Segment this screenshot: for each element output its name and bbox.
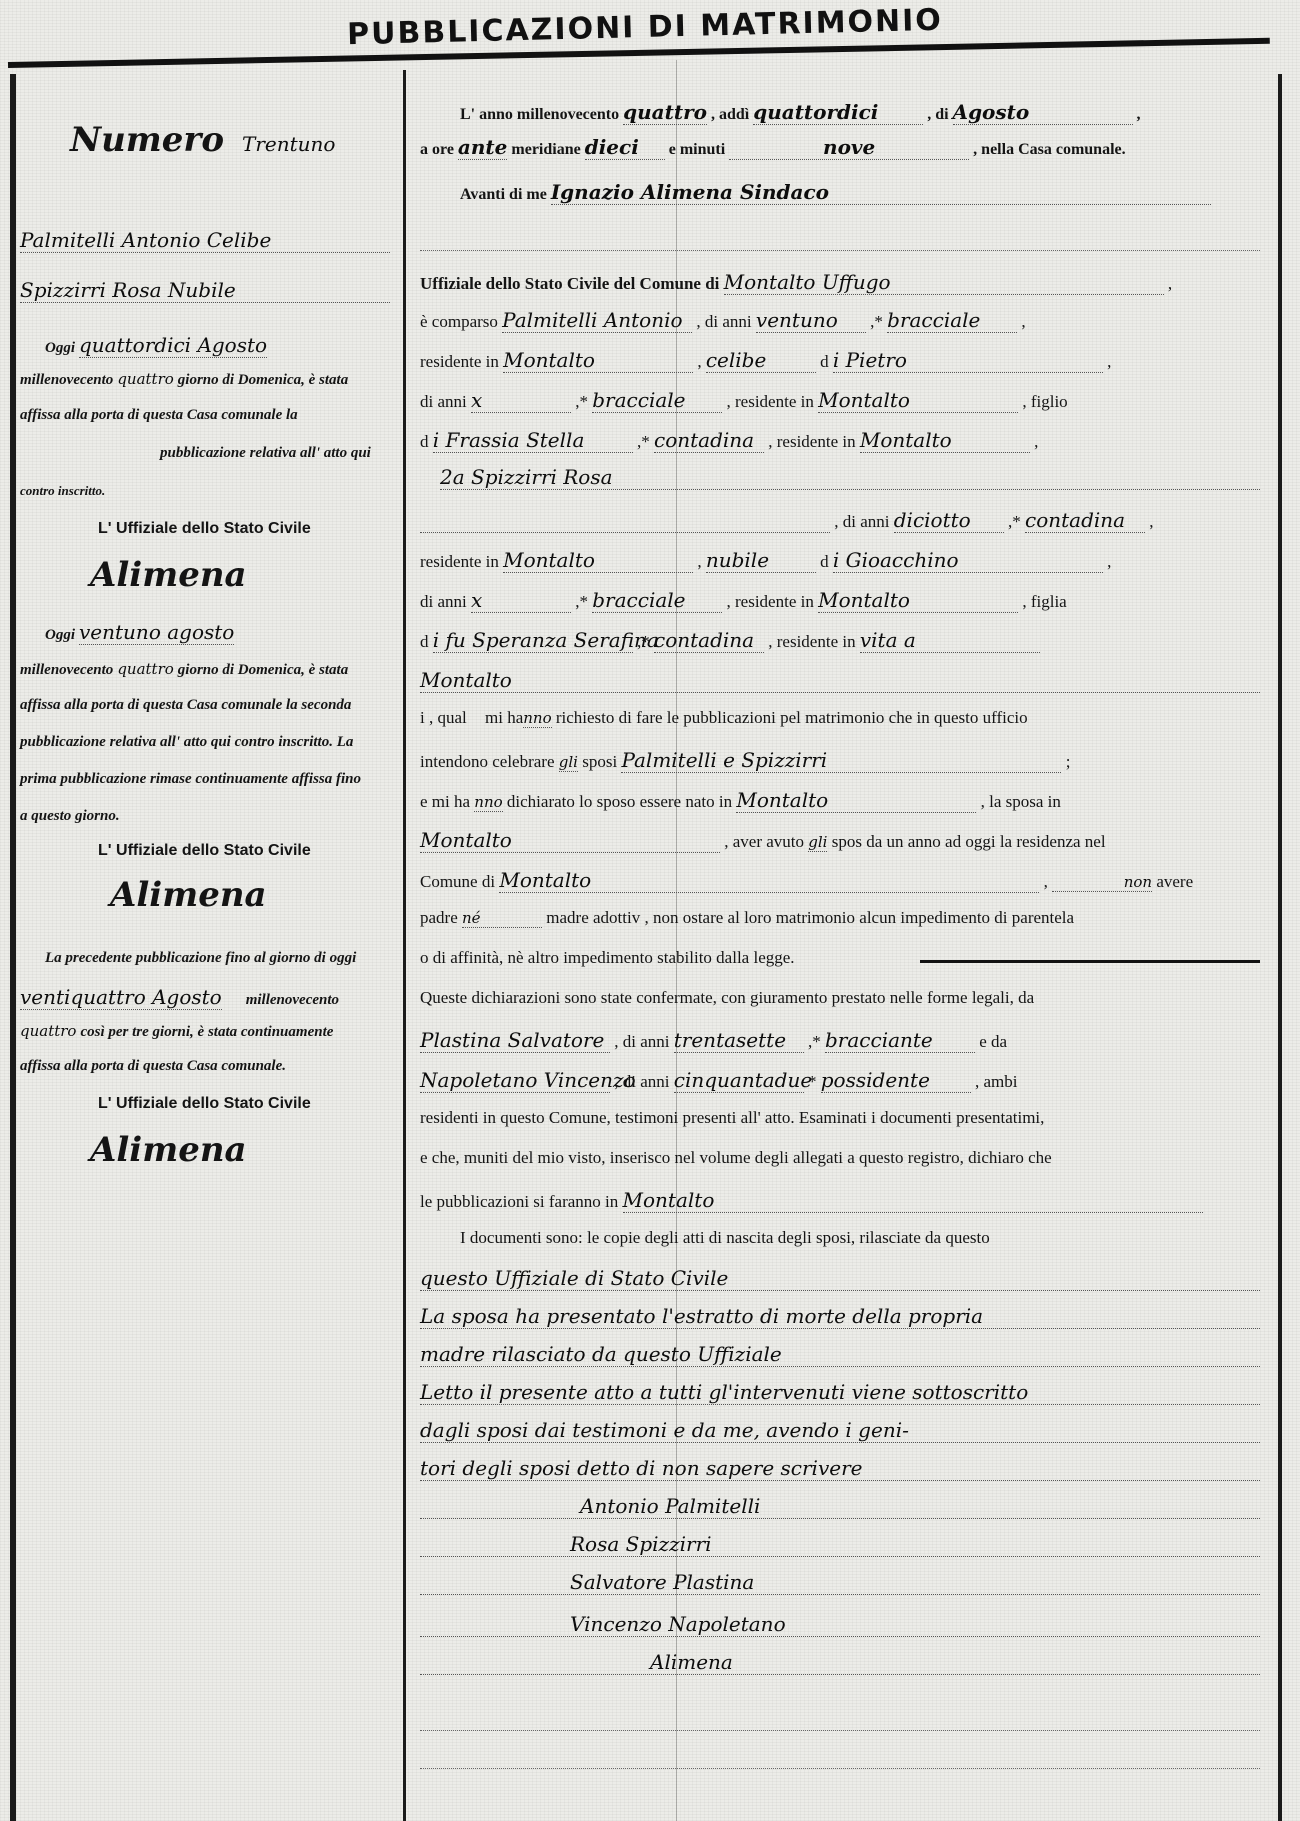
text: affissa alla porta di questa Casa comuna… (20, 697, 351, 714)
text: residente in (420, 552, 499, 571)
text: , residente in (727, 392, 814, 411)
text: d (420, 632, 429, 651)
mother-residence-field: Montalto (860, 428, 1030, 453)
residence-continued: Montalto (420, 668, 1260, 693)
gli-field: gli (808, 833, 827, 852)
text: mi ha (485, 708, 523, 727)
suffix-field: nno (474, 793, 502, 812)
text: da un anno ad oggi la residenza nel (866, 832, 1105, 851)
text: , addì (711, 106, 749, 123)
text: millenovecento (20, 372, 113, 388)
signature-bride: Rosa Spizzirri (420, 1532, 1260, 1557)
residence-comune-field: Montalto (499, 868, 1039, 893)
text: avere (1156, 872, 1193, 891)
padre-field: né (462, 909, 542, 928)
closing-year: quattro (20, 1022, 76, 1040)
handwritten-note: madre rilasciato da questo Uffiziale (420, 1342, 1260, 1367)
text: , ambi (975, 1072, 1018, 1091)
ante-field: ante (458, 135, 507, 160)
handwritten-note: tori degli sposi detto di non sapere scr… (420, 1456, 1260, 1481)
bride-mother-field: i fu Speranza Serafina (433, 628, 633, 653)
text: madre adottiv (546, 908, 640, 927)
text: , (697, 352, 701, 371)
text: contro inscritto. (20, 483, 105, 499)
month-field: Agosto (953, 100, 1133, 125)
second-pub-date: ventuno agosto (79, 620, 234, 645)
text: , di anni (834, 512, 889, 531)
numero-label: Numero (70, 120, 224, 160)
text: le pubblicazioni si faranno in (420, 1192, 618, 1211)
groom-mother-field: i Frassia Stella (433, 428, 633, 453)
text: , (1044, 872, 1048, 891)
groom-entry: Palmitelli Antonio Celibe (20, 228, 390, 253)
text: , (1107, 352, 1111, 371)
text: ,* (575, 392, 588, 411)
groom-name-field: Palmitelli Antonio (502, 308, 692, 333)
closing-date: ventiquattro Agosto (20, 985, 222, 1010)
text: I documenti sono: le copie degli atti di… (460, 1228, 990, 1248)
blank-line (420, 1730, 1260, 1731)
bride-father-job-field: bracciale (592, 588, 722, 613)
text: di anni (420, 592, 467, 611)
first-pub-date: quattordici Agosto (79, 333, 267, 358)
bride-status-field: nubile (706, 548, 816, 573)
text: ,* (575, 592, 588, 611)
document-page: PUBBLICAZIONI DI MATRIMONIO Numero Trent… (0, 0, 1300, 1821)
text: , (1034, 432, 1038, 451)
text: dichiarato lo sposo essere nato in (507, 792, 732, 811)
bride-entry: Spizzirri Rosa Nubile (20, 278, 390, 303)
signature-groom: Antonio Palmitelli (420, 1494, 1260, 1519)
minutes-field: nove (729, 135, 969, 160)
father-residence-field: Montalto (818, 388, 1018, 413)
text: , di anni (614, 1072, 669, 1091)
year-field: quattro (623, 100, 707, 125)
text: , (1107, 552, 1111, 571)
text: padre (420, 908, 458, 927)
bride-mother-job-field: contadina (654, 628, 764, 653)
text: , (697, 552, 701, 571)
text: affissa alla porta di questa Casa comuna… (20, 407, 298, 424)
text: ,* (870, 312, 883, 331)
bride-name-field: 2a Spizzirri Rosa (440, 465, 1260, 490)
text: , non ostare al loro matrimonio alcun im… (644, 908, 1074, 927)
text: , residente in (768, 432, 855, 451)
suffix-field: nno (523, 709, 551, 728)
father-age-field: x (471, 388, 571, 413)
officer-signature: Alimena (90, 1130, 247, 1170)
groom-job-field: bracciale (887, 308, 1017, 333)
text: intendono celebrare (420, 752, 555, 771)
comune-field: Montalto Uffugo (724, 270, 1164, 295)
text: così per tre giorni, è stata continuamen… (80, 1024, 333, 1040)
text: La precedente pubblicazione fino al gior… (45, 950, 356, 967)
text: spos (832, 832, 862, 851)
text: , (1149, 512, 1153, 531)
second-pub-year: quattro (117, 660, 173, 678)
text: meridiane (511, 141, 580, 158)
witness1-name-field: Plastina Salvatore (420, 1028, 610, 1053)
text: affissa alla porta di questa Casa comuna… (20, 1058, 286, 1075)
text: di anni (420, 392, 467, 411)
text: Comune di (420, 872, 495, 891)
text: ,* (808, 1032, 821, 1051)
signature-officer: Alimena (420, 1650, 1260, 1675)
handwritten-note: questo Uffiziale di Stato Civile (420, 1266, 1260, 1291)
gli-field: gli (559, 753, 578, 772)
text: ; (1066, 752, 1071, 771)
text: , di anni (696, 312, 751, 331)
signature-witness2: Vincenzo Napoletano (420, 1612, 1260, 1637)
text: ,* (637, 432, 650, 451)
hour-field: dieci (585, 135, 665, 160)
witness2-name-field: Napoletano Vincenzo (420, 1068, 610, 1093)
handwritten-note: dagli sposi dai testimoni e da me, avend… (420, 1418, 1260, 1443)
bride-father-residence-field: Montalto (818, 588, 1018, 613)
text: * (808, 1072, 817, 1091)
text: è comparso (420, 312, 498, 331)
text: a ore (420, 141, 454, 158)
bride-mother-residence-field: vita a (860, 628, 1040, 653)
officer-signature: Alimena (90, 555, 247, 595)
text: d (420, 432, 429, 451)
officer-label: L' Uffiziale dello Stato Civile (98, 842, 311, 860)
text: , figlia (1022, 592, 1066, 611)
text: e mi ha (420, 792, 470, 811)
text: giorno di Domenica, è stata (178, 372, 348, 388)
end-rule (920, 960, 1260, 963)
text: d (820, 352, 829, 371)
day-field: quattordici (753, 100, 923, 125)
groom-father-field: i Pietro (833, 348, 1103, 373)
groom-residence-field: Montalto (503, 348, 693, 373)
text: Uffiziale dello Stato Civile del Comune … (420, 274, 719, 293)
groom-age-field: ventuno (756, 308, 866, 333)
witness1-age-field: trentasette (674, 1028, 804, 1053)
witness1-job-field: bracciante (825, 1028, 975, 1053)
text: millenovecento (246, 992, 339, 1008)
text: e che, muniti del mio visto, inserisco n… (420, 1148, 1052, 1168)
text: e da (979, 1032, 1007, 1051)
text: residenti in questo Comune, testimoni pr… (420, 1108, 1044, 1128)
text: richiesto di fare le pubblicazioni pel m… (556, 708, 1028, 727)
blank-line (420, 250, 1260, 251)
spouses-names-field: Palmitelli e Spizzirri (621, 748, 1061, 773)
text: sposi (582, 752, 617, 771)
text: L' anno millenovecento (460, 106, 619, 123)
bride-residence-field: Montalto (503, 548, 693, 573)
blank-line (420, 1768, 1260, 1769)
text: ,* (637, 632, 650, 651)
text: , (1168, 274, 1172, 293)
mother-job-field: contadina (654, 428, 764, 453)
text: pubblicazione relativa all' atto qui con… (20, 734, 353, 751)
bride-age-field: diciotto (894, 508, 1004, 533)
text: ,* (1008, 512, 1021, 531)
text: , di (927, 106, 948, 123)
witness2-age-field: cinquantadue (674, 1068, 804, 1093)
text: o di affinità, nè altro impedimento stab… (420, 948, 795, 967)
first-pub-year: quattro (117, 370, 173, 388)
publication-place-field: Montalto (623, 1188, 1203, 1213)
oggi-label: Oggi (45, 627, 75, 643)
officer-label: L' Uffiziale dello Stato Civile (98, 520, 311, 538)
text: i , qual (420, 708, 467, 727)
text: Queste dichiarazioni sono state conferma… (420, 988, 1034, 1008)
text: , aver avuto (724, 832, 804, 851)
officer-label: L' Uffiziale dello Stato Civile (98, 1095, 311, 1113)
bride-father-age-field: x (471, 588, 571, 613)
text: , figlio (1022, 392, 1067, 411)
text: d (820, 552, 829, 571)
column-divider (403, 70, 406, 1821)
text: a questo giorno. (20, 808, 120, 825)
groom-status-field: celibe (706, 348, 816, 373)
officer-signature: Alimena (110, 875, 267, 915)
handwritten-note: La sposa ha presentato l'estratto di mor… (420, 1304, 1260, 1329)
text: , la sposa in (981, 792, 1061, 811)
text: pubblicazione relativa all' atto qui (160, 445, 371, 462)
signature-witness1: Salvatore Plastina (420, 1570, 1260, 1595)
non-field: non (1052, 873, 1152, 892)
bride-father-field: i Gioacchino (833, 548, 1103, 573)
bride-job-field: contadina (1025, 508, 1145, 533)
text: prima pubblicazione rimase continuamente… (20, 771, 361, 788)
text: , (1021, 312, 1025, 331)
text: , (1137, 106, 1141, 123)
handwritten-note: Letto il presente atto a tutti gl'interv… (420, 1380, 1260, 1405)
text: , nella Casa comunale. (973, 141, 1125, 158)
text: , residente in (768, 632, 855, 651)
officer-field: Ignazio Alimena Sindaco (551, 180, 1211, 205)
oggi-label: Oggi (45, 340, 75, 356)
text: millenovecento (20, 662, 113, 678)
text: giorno di Domenica, è stata (178, 662, 348, 678)
text: e minuti (669, 141, 725, 158)
father-job-field: bracciale (592, 388, 722, 413)
numero-value: Trentuno (242, 132, 335, 156)
groom-birthplace-field: Montalto (736, 788, 976, 813)
text: residente in (420, 352, 499, 371)
text: , residente in (727, 592, 814, 611)
bride-birthplace-field: Montalto (420, 828, 720, 853)
text: , di anni (614, 1032, 669, 1051)
text: Avanti di me (460, 186, 547, 203)
witness2-job-field: possidente (821, 1068, 971, 1093)
